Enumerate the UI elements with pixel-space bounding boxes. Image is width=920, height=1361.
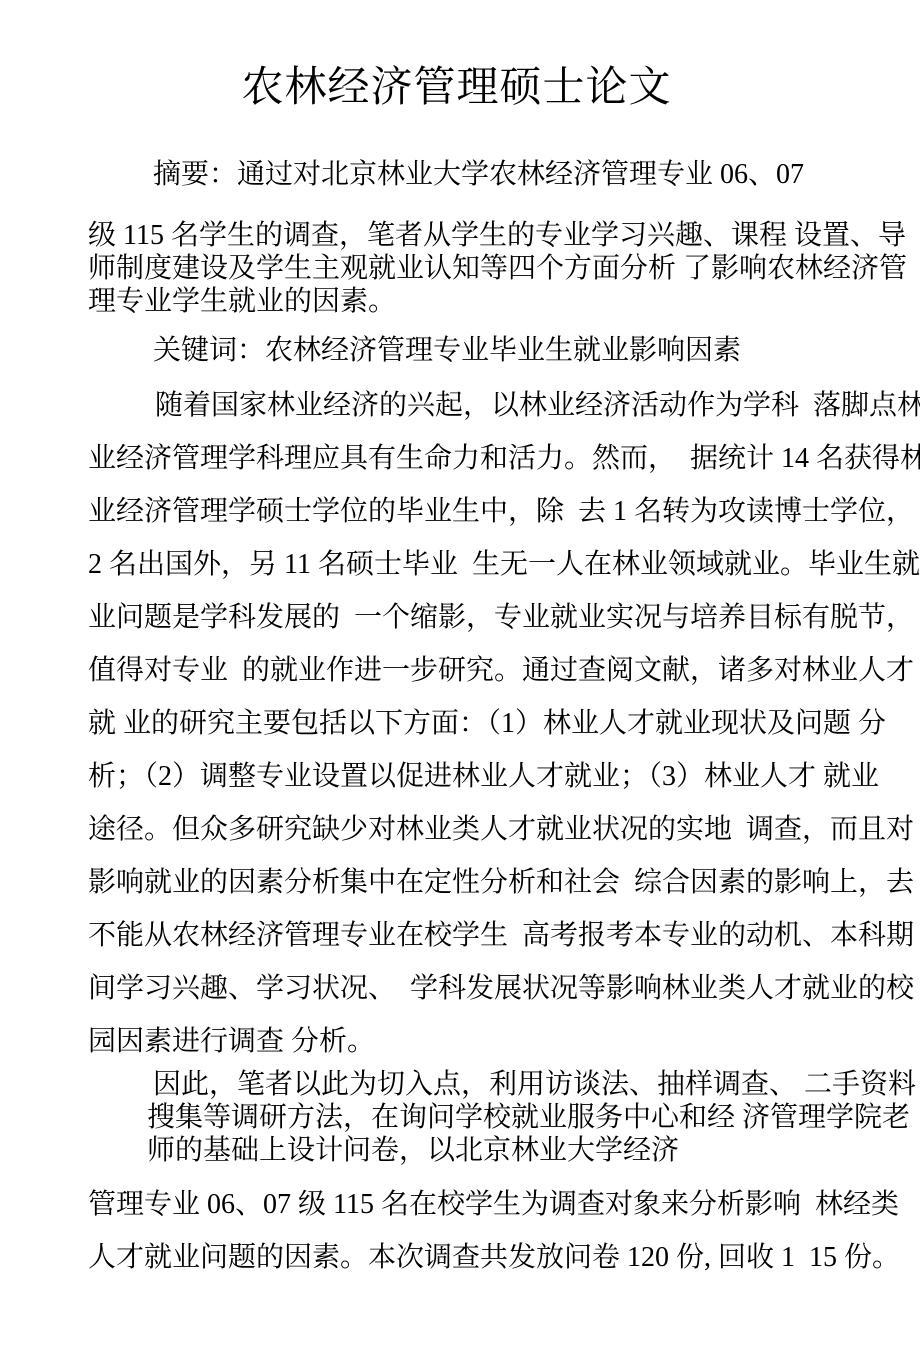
text-line: 管理专业 06、07 级 115 名在校学生为调查对象来分析影响 林经类: [88, 1178, 825, 1231]
text-line: 因此，笔者以此为切入点，利用访谈法、抽样调查、 二手资料: [147, 1068, 825, 1101]
text-line: 2 名出国外，另 11 名硕士毕业 生无一人在林业领域就业。毕业生就: [88, 538, 825, 591]
keywords-line: 关键词：农林经济管理专业毕业生就业影响因素: [153, 334, 825, 367]
abstract-paragraph: 级 115 名学生的调查，笔者从学生的专业学习兴趣、课程 设置、导 师制度建设及…: [88, 219, 825, 318]
text-line: 随着国家林业经济的兴起，以林业经济活动作为学科 落脚点林: [88, 379, 825, 432]
text-line: 师的基础上设计问卷，以北京林业大学经济: [147, 1134, 825, 1167]
text-line: 级 115 名学生的调查，笔者从学生的专业学习兴趣、课程 设置、导: [88, 219, 825, 252]
closing-paragraph: 管理专业 06、07 级 115 名在校学生为调查对象来分析影响 林经类 人才就…: [88, 1178, 825, 1284]
main-paragraph: 随着国家林业经济的兴起，以林业经济活动作为学科 落脚点林 业经济管理学科理应具有…: [88, 379, 825, 1068]
text-line: 业经济管理学硕士学位的毕业生中，除 去 1 名转为攻读博士学位，: [88, 485, 825, 538]
methods-paragraph: 因此，笔者以此为切入点，利用访谈法、抽样调查、 二手资料 搜集等调研方法，在询问…: [147, 1068, 825, 1167]
text-line: 间学习兴趣、学习状况、 学科发展状况等影响林业类人才就业的校: [88, 962, 825, 1015]
text-line: 园因素进行调查 分析。: [88, 1015, 825, 1068]
text-line: 人才就业问题的因素。本次调查共发放问卷 120 份, 回收 1 15 份。: [88, 1231, 825, 1284]
document-page: 农林经济管理硕士论文 摘要：通过对北京林业大学农林经济管理专业 06、07 级 …: [0, 0, 920, 1361]
text-line: 业问题是学科发展的 一个缩影，专业就业实况与培养目标有脱节，: [88, 591, 825, 644]
text-line: 业经济管理学科理应具有生命力和活力。然而， 据统计 14 名获得林: [88, 432, 825, 485]
text-line: 就 业的研究主要包括以下方面：（1）林业人才就业现状及问题 分: [88, 697, 825, 750]
text-line: 途径。但众多研究缺少对林业类人才就业状况的实地 调查，而且对: [88, 803, 825, 856]
text-line: 析；（2）调整专业设置以促进林业人才就业；（3）林业人才 就业: [88, 750, 825, 803]
abstract-lead-line: 摘要：通过对北京林业大学农林经济管理专业 06、07: [153, 158, 825, 191]
text-line: 师制度建设及学生主观就业认知等四个方面分析 了影响农林经济管: [88, 252, 825, 285]
text-line: 搜集等调研方法，在询问学校就业服务中心和经 济管理学院老: [147, 1101, 825, 1134]
text-line: 影响就业的因素分析集中在定性分析和社会 综合因素的影响上，去: [88, 856, 825, 909]
text-line: 理专业学生就业的因素。: [88, 285, 825, 318]
text-line: 不能从农林经济管理专业在校学生 高考报考本专业的动机、本科期: [88, 909, 825, 962]
page-title: 农林经济管理硕士论文: [88, 62, 825, 114]
text-line: 值得对专业 的就业作进一步研究。通过查阅文献，诸多对林业人才: [88, 644, 825, 697]
